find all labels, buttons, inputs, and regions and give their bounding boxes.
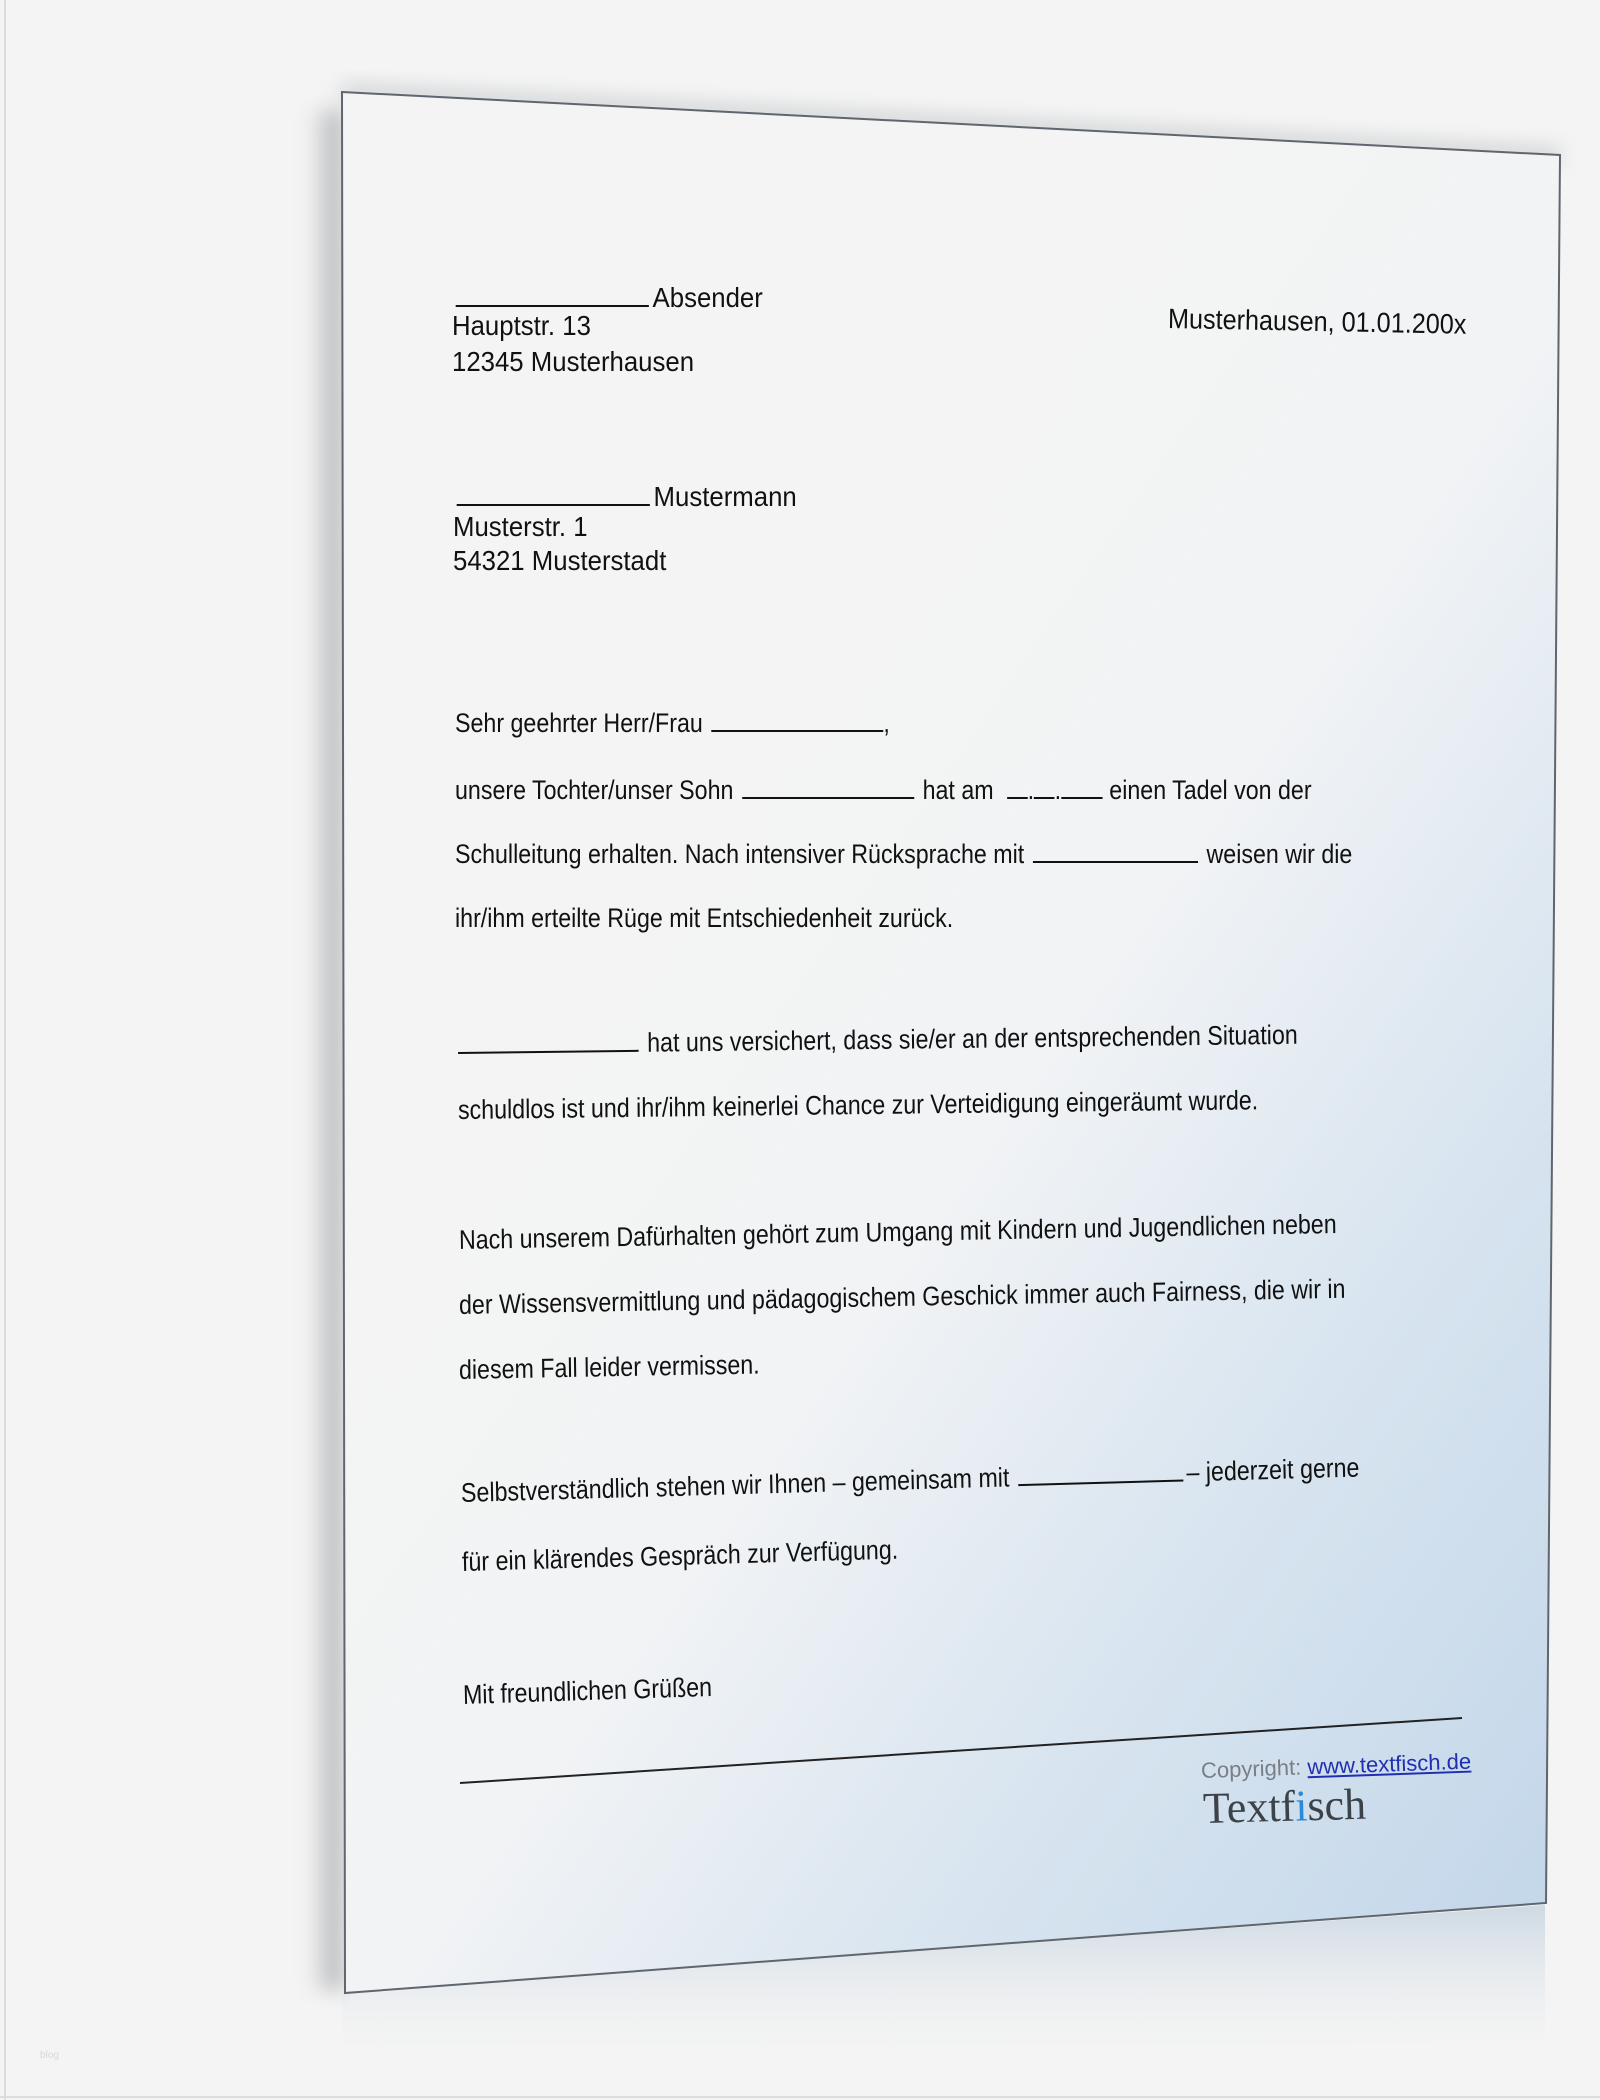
contact-person-blank (1033, 860, 1198, 863)
logo-text-pre: Textf (1202, 1782, 1295, 1833)
salutation-comma: , (883, 708, 889, 738)
child-name-blank (742, 796, 914, 799)
logo-text-post: sch (1307, 1780, 1367, 1831)
p1-line2-text-b: weisen wir die (1207, 839, 1353, 869)
date-sep-1: . (1028, 775, 1034, 805)
recipient-city: 54321 Musterstadt (453, 545, 666, 577)
copyright-label: Copyright: (1201, 1755, 1302, 1783)
recipient-street: Musterstr. 1 (453, 511, 588, 543)
paragraph1-line3: ihr/ihm erteilte Rüge mit Entschiedenhei… (455, 903, 953, 934)
child-name-blank-2 (458, 1049, 639, 1054)
salutation-name-blank (711, 729, 883, 732)
paragraph1-line2: Schulleitung erhalten. Nach intensiver R… (455, 839, 1352, 870)
date-day-blank (1007, 796, 1028, 799)
paragraph1-line1: unsere Tochter/unser Sohnhat am ..einen … (455, 775, 1312, 806)
image-frame-bottom (0, 2096, 1600, 2098)
salutation: Sehr geehrter Herr/Frau, (455, 708, 890, 739)
recipient-name-blank (457, 503, 650, 506)
sender-street: Hauptstr. 13 (452, 310, 591, 342)
textfisch-logo: Textfisch (1202, 1779, 1366, 1834)
p1-line2-text-a: Schulleitung erhalten. Nach intensiver R… (455, 839, 1024, 869)
date-sep-2: . (1055, 775, 1061, 805)
date-year-blank (1061, 796, 1102, 799)
child-name-blank-3 (1018, 1478, 1183, 1486)
paragraph3-line3: diesem Fall leider vermissen. (459, 1350, 760, 1386)
p1-text-b: hat am (923, 775, 994, 805)
recipient-name-line: Mustermann (453, 481, 797, 513)
recipient-name-label: Mustermann (654, 481, 797, 512)
sender-city: 12345 Musterhausen (452, 346, 694, 378)
sender-name-blank (456, 304, 649, 307)
p1-text-c: einen Tadel von der (1109, 775, 1311, 805)
place-date: Musterhausen, 01.01.200x (1168, 303, 1467, 341)
watermark: blog (40, 2050, 59, 2061)
p4-text-b: – jederzeit gerne (1186, 1452, 1360, 1487)
salutation-text: Sehr geehrter Herr/Frau (455, 708, 703, 738)
p1-text-a: unsere Tochter/unser Sohn (455, 775, 733, 805)
image-frame-left (4, 0, 6, 2100)
sender-name-label: Absender (653, 282, 763, 313)
copyright-link[interactable]: www.textfisch.de (1307, 1749, 1472, 1780)
date-month-blank (1034, 796, 1055, 799)
